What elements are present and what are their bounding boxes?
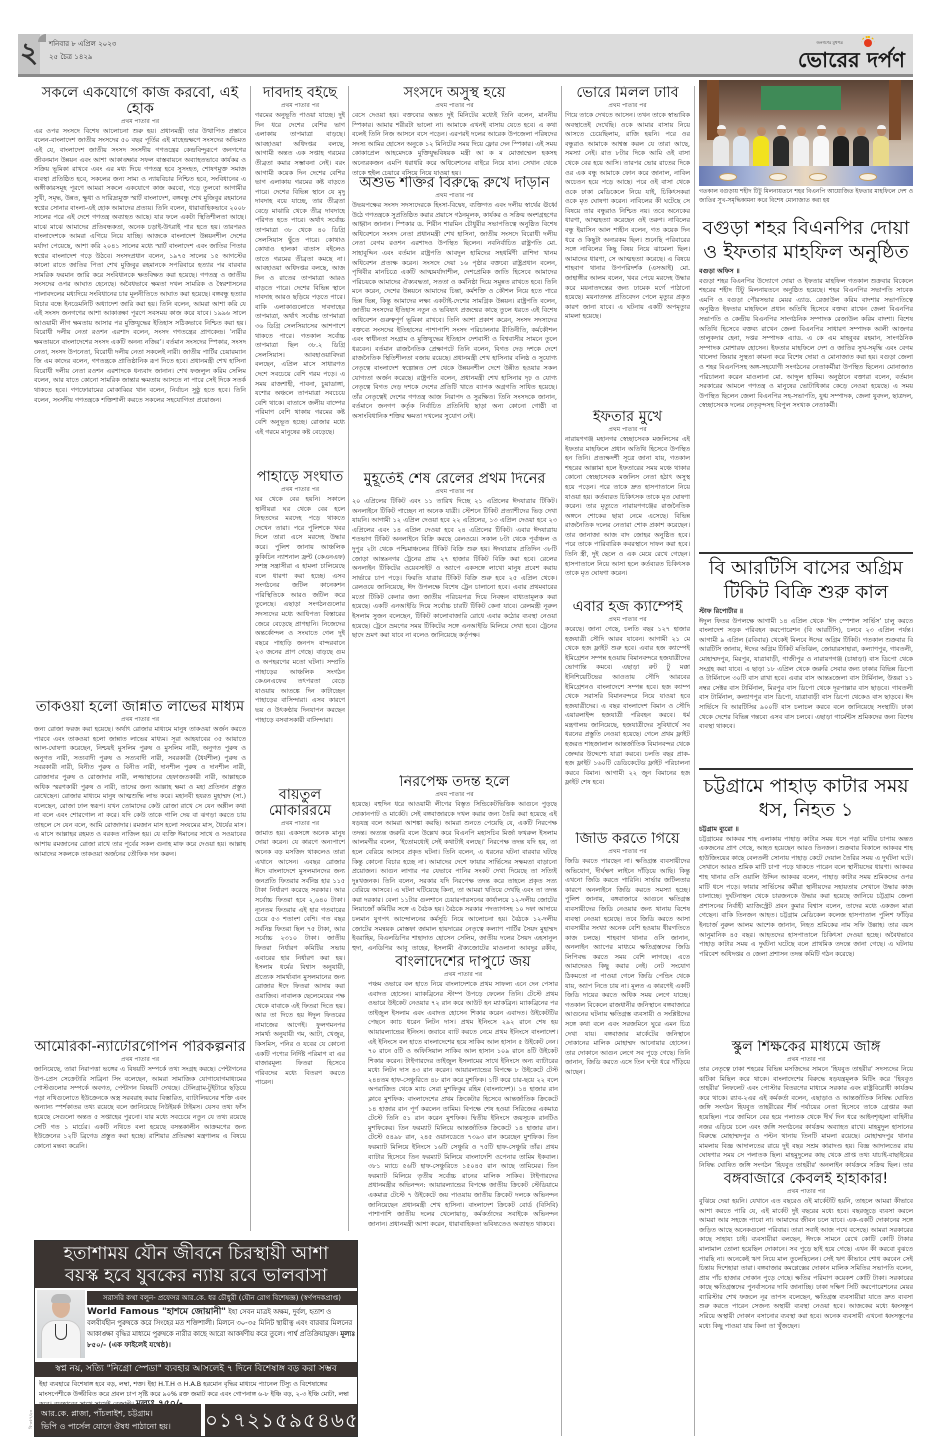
- header-bar-right: জনগণের মুখপত্র ভোরের দর্পণ: [505, 34, 913, 77]
- article-body: করেছে। জানা গেছে, চলতি বছর ১২৭ হাজার হজয…: [565, 625, 690, 788]
- headline[interactable]: চট্টগ্রামে পাহাড় কাটার সময় ধস, নিহত ১: [699, 774, 913, 822]
- byline: বগুড়া অফিস ॥: [699, 267, 913, 277]
- article-body: গিয়ে তাকে দেখতে আসেন। তখন তাকে স্বাভাবি…: [565, 111, 690, 322]
- ad-product-name: World Famous "হাশমে জোয়ানী": [87, 1307, 226, 1317]
- headline[interactable]: বায়তুল মোকাররমে: [255, 788, 345, 820]
- article-body: জামাত হয়। একসঙ্গে অনেক মানুষ দোয়া করেন…: [255, 829, 345, 1088]
- kicker: প্রথম পাতার পর: [565, 848, 690, 856]
- news-photo-iftar[interactable]: [699, 80, 913, 186]
- article-body: হয়েছে। বহুদিন ধরে আওয়ামী লীগের বিস্তৃত…: [352, 800, 557, 953]
- kicker: প্রথম পাতার পর: [699, 1056, 913, 1064]
- article-body: চট্টগ্রামের আকবর শাহ এলাকায় পাহাড় কাটা…: [699, 835, 913, 960]
- kicker: প্রথম পাতার পর: [34, 716, 246, 724]
- kicker: প্রথম পাতার পর: [699, 1188, 913, 1196]
- kicker: প্রথম পাতার পর: [34, 1056, 246, 1064]
- article-songshode: সংসদে অসুস্থ হয়ে প্রথম পাতার পর বেসে দে…: [352, 86, 557, 176]
- kicker: প্রথম পাতার পর: [565, 426, 690, 434]
- article-body: জন্য রোজা ফরজ করা হয়েছে। অর্থাৎ রোজার ম…: [34, 725, 246, 859]
- section-divider: [699, 552, 913, 554]
- column-rule: [250, 86, 251, 1231]
- headline[interactable]: ইফতার মুখে: [565, 410, 690, 426]
- kicker: প্রথম পাতার পর: [352, 488, 557, 496]
- headline[interactable]: আমেরিকা-ন্যাটোরগোপন পরিকল্পনার: [34, 1040, 246, 1056]
- article-body: এর ওপর সংসদে বিশেষ আলোচনা শুরু হয়। প্রধ…: [34, 127, 246, 405]
- headline[interactable]: বাংলাদেশের দাপুটে জয়: [368, 955, 558, 971]
- headline[interactable]: নিরপেক্ষ তদন্ত হলে: [352, 775, 557, 791]
- article-bogura-bnp: বগুড়া শহর বিএনপির দোয়া ও ইফতার মাহফিল …: [699, 212, 913, 552]
- photo-banner: [761, 86, 841, 110]
- headline[interactable]: সকলে একযোগে কাজ করবো, এই হোক: [34, 86, 246, 118]
- article-body: ঘর থেকে বের হয়নি। সকালে স্থানীয়রা ঘর থ…: [255, 495, 345, 725]
- photo-caption: গতকাল বগুড়ায় শহীদ টিটু মিলনায়তনে শহর …: [699, 188, 913, 205]
- article-baitul: বায়তুল মোকাররমে প্রথম পাতার পর জামাত হয…: [255, 788, 345, 1228]
- headline[interactable]: এবার হজ ক্যাম্পেই: [565, 600, 690, 616]
- ad-product-text: World Famous "হাশমে জোয়ানী" ইহা সেবন মা…: [87, 1307, 357, 1351]
- article-body: তার নেতৃত্বে ঢাকা শহরের বিভিন্ন মসজিদের …: [699, 1065, 913, 1170]
- article-america: আমেরিকা-ন্যাটোরগোপন পরিকল্পনার প্রথম পাত…: [34, 1040, 246, 1230]
- headline[interactable]: ভোরে মিলল ঢাবি: [565, 86, 690, 102]
- article-body: গরমের অনুভূতি পাওয়া যাচ্ছে। দুই দিন ধরে…: [255, 111, 345, 437]
- date-block: শনিবার ৮ এপ্রিল ২০২৩ ২৫ চৈত্র ১৪২৯: [49, 38, 116, 64]
- stethoscope-icon: [55, 1324, 67, 1340]
- headline[interactable]: দাবদাহ বইছে: [255, 86, 345, 102]
- headline[interactable]: মুহূর্তেই শেষ রেলের প্রথম দিনের: [352, 472, 557, 488]
- kicker: প্রথম পাতার পর: [352, 192, 557, 200]
- ad-phone-number[interactable]: ০১৭২১৫৯৫৪৬৫: [205, 1404, 357, 1436]
- article-body: বুঝিয়ে দেয়া হয়নি। যেখানে এত বছরেও ওই …: [699, 1197, 913, 1331]
- kicker: প্রথম পাতার পর: [565, 616, 690, 624]
- article-body: পঞ্চম ওভারে বল হাতে নিয়ে বাংলাদেশকে প্র…: [368, 980, 558, 1229]
- headline[interactable]: সংসদে অসুস্থ হয়ে: [352, 86, 557, 102]
- ad-headline: হতাশাময় যৌন জীবনে চিরস্থায়ী আশা বয়স্ক…: [35, 1241, 357, 1288]
- article-sokole: সকলে একযোগে কাজ করবো, এই হোক প্রথম পাতার…: [34, 86, 246, 696]
- kicker: প্রথম পাতার পর: [368, 971, 558, 979]
- kicker: প্রথম পাতার পর: [34, 118, 246, 126]
- article-niropekkho: নিরপেক্ষ তদন্ত হলে প্রথম পাতার পর হয়েছে…: [352, 775, 557, 953]
- article-body: নারায়ণগঞ্জ মহানগর স্বেচ্ছাসেবক মজলিসের …: [565, 435, 690, 579]
- doctor-photo: [37, 1290, 85, 1358]
- article-muhurtei: মুহূর্তেই শেষ রেলের প্রথম দিনের প্রথম পা…: [352, 472, 557, 772]
- ad-code: বি-৩৫৭/২৩: [28, 1410, 35, 1429]
- article-school-shikkhok: স্কুল শিক্ষকের মাধ্যমে জঙ্গি প্রথম পাতার…: [699, 1040, 913, 1170]
- headline[interactable]: স্কুল শিক্ষকের মাধ্যমে জঙ্গি: [699, 1040, 913, 1056]
- headline[interactable]: বঙ্গবাজারে কেবলই হাহাকার!: [699, 1172, 913, 1188]
- article-body: ২০ এপ্রিলের টিকিট এবং ১১ তারিখ দিচ্ছে ২১…: [352, 497, 557, 641]
- article-chattogram: চট্টগ্রামে পাহাড় কাটার সময় ধস, নিহত ১ …: [699, 774, 913, 1039]
- headline[interactable]: তাকওয়া হলো জান্নাত লাভের মাধ্যম: [34, 700, 246, 716]
- headline[interactable]: অশুভ শক্তির বিরুদ্ধে রুখে দাঁড়ান: [352, 176, 557, 192]
- headline[interactable]: পাহাড়ে সংঘাত: [255, 470, 345, 486]
- article-dabdaho: দাবদাহ বইছে প্রথম পাতার পর গরমের অনুভূতি…: [255, 86, 345, 466]
- article-bongobazar: বঙ্গবাজারে কেবলই হাহাকার! প্রথম পাতার পর…: [699, 1172, 913, 1437]
- column-rule: [694, 86, 695, 1436]
- date-bangla: ২৫ চৈত্র ১৪২৯: [49, 51, 116, 64]
- article-body: বেসে দেওয়া হয়। বক্তব্যের অন্তত দুই মিন…: [352, 111, 557, 176]
- article-jd-korte: জিডি করতে গিয়ে প্রথম পাতার পর জিডি করতে…: [565, 832, 690, 1437]
- article-oshubho: অশুভ শক্তির বিরুদ্ধে রুখে দাঁড়ান প্রথম …: [352, 176, 557, 461]
- article-body: জানিয়েছে, তারা নিরাপত্তা ভঙ্গের এ বিষয়…: [34, 1065, 246, 1151]
- ad-band: স্বপ্ন নয়, সত্যি "নিগ্রো স্পেডা" ব্যবহা…: [35, 1362, 357, 1377]
- article-iftar-mukhe: ইফতার মুখে প্রথম পাতার পর নারায়ণগঞ্জ মহ…: [565, 410, 690, 600]
- article-ebar-hajj: এবার হজ ক্যাম্পেই প্রথম পাতার পর করেছে। …: [565, 600, 690, 825]
- article-bhore-milol: ভোরে মিলল ঢাবি প্রথম পাতার পর গিয়ে তাকে…: [565, 86, 690, 411]
- date-gregorian: শনিবার ৮ এপ্রিল ২০২৩: [49, 38, 116, 51]
- article-body: উভয়পক্ষের সংসদ সদস্যদেরকে হিংসা-বিদ্বেষ…: [352, 201, 557, 422]
- byline: চট্টগ্রাম ব্যুরো ॥: [699, 825, 913, 835]
- kicker: প্রথম পাতার পর: [255, 102, 345, 110]
- kicker: প্রথম পাতার পর: [255, 486, 345, 494]
- byline: স্টাফ রিপোর্টার ॥: [699, 607, 913, 617]
- kicker: প্রথম পাতার পর: [255, 820, 345, 828]
- article-body: ঈদুল ফিতর উপলক্ষে আগামী ১৪ এপ্রিল থেকে '…: [699, 617, 913, 732]
- headline[interactable]: বগুড়া শহর বিএনপির দোয়া ও ইফতার মাহফিল …: [699, 216, 913, 264]
- section-divider: [699, 768, 913, 770]
- kicker: প্রথম পাতার পর: [565, 102, 690, 110]
- article-pahar-songhat: পাহাড়ে সংঘাত প্রথম পাতার পর ঘর থেকে বের…: [255, 470, 345, 775]
- column-rule: [348, 86, 349, 1231]
- advertisement[interactable]: হতাশাময় যৌন জীবনে চিরস্থায়ী আশা বয়স্ক…: [34, 1240, 358, 1437]
- kicker: প্রথম পাতার পর: [352, 791, 557, 799]
- ad-address: আর.কে. প্লাজা, পাঁচলাইশ, চট্টগ্রাম। ভিপি…: [35, 1404, 201, 1436]
- kicker: প্রথম পাতার পর: [352, 102, 557, 110]
- headline[interactable]: বি আরটিসি বাসের অগ্রিম টিকিট বিক্রি শুরু…: [699, 556, 913, 604]
- page-header: ২ শনিবার ৮ এপ্রিল ২০২৩ ২৫ চৈত্র ১৪২৯: [18, 34, 505, 77]
- article-body: জিডি করতে পারছেন না। ক্ষতিগ্রস্ত ব্যবসায…: [565, 857, 690, 1078]
- ad-contact-banner: সরাসরি কথা বলুন- প্রফেসর আর.কে. ধর চৌধুর…: [87, 1291, 357, 1305]
- article-takwa: তাকওয়া হলো জান্নাত লাভের মাধ্যম প্রথম প…: [34, 700, 246, 1030]
- headline[interactable]: জিডি করতে গিয়ে: [565, 832, 690, 848]
- page-number: ২: [18, 34, 40, 74]
- column-rule: [561, 86, 562, 1436]
- newspaper-logo[interactable]: ভোরের দর্পণ: [798, 44, 905, 79]
- article-body: বগুড়া শহর বিএনপির উদ্যোগে দোয়া ও ইফতার…: [699, 277, 913, 411]
- article-bangladesh-jay: বাংলাদেশের দাপুটে জয় প্রথম পাতার পর পঞ্…: [368, 955, 558, 1437]
